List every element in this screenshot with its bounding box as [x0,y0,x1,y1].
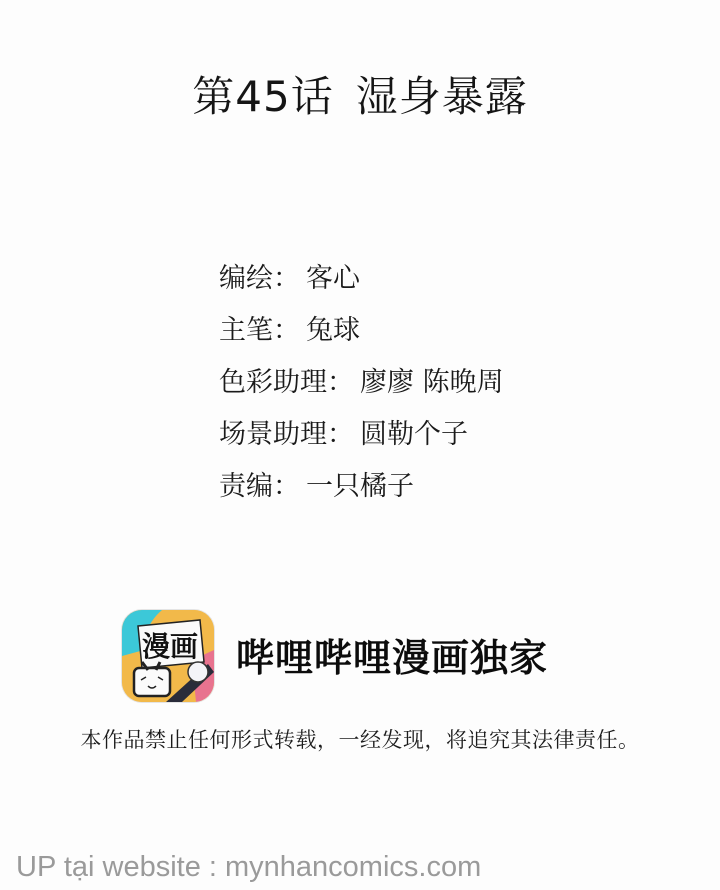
copyright-notice: 本作品禁止任何形式转载，一经发现，将追究其法律责任。 [0,724,720,754]
credit-separator: ： [273,471,300,502]
credit-names: 客心 [306,263,360,294]
credit-separator: ： [273,315,300,346]
credit-separator: ： [327,419,354,450]
chapter-title: 第45话湿身暴露 [0,64,720,124]
credit-row-lead: 主笔：兔球 [219,314,504,366]
credit-names: 廖廖 陈晚周 [360,367,504,398]
chapter-number: 第45话 [192,72,333,121]
brand-name: 哔哩哔哩漫画独家 [236,627,548,682]
credit-separator: ： [273,263,300,294]
chapter-name: 湿身暴露 [356,72,528,121]
brand-block: 漫画 哔哩哔哩漫画独家 [122,610,548,702]
credit-names: 兔球 [306,315,360,346]
credit-row-editor: 责编：一只橘子 [219,470,504,522]
bilibili-manga-logo-icon: 漫画 [122,610,214,702]
credits-list: 编绘：客心 主笔：兔球 色彩助理：廖廖 陈晚周 场景助理：圆勒个子 责编：一只橘… [219,262,504,522]
credit-role: 编绘 [219,263,273,294]
credit-role: 责编 [219,471,273,502]
credit-row-artist: 编绘：客心 [219,262,504,314]
credit-names: 圆勒个子 [360,419,468,450]
credit-names: 一只橘子 [306,471,414,502]
credit-separator: ： [327,367,354,398]
credit-row-scene-assistant: 场景助理：圆勒个子 [219,418,504,470]
credit-row-color-assistant: 色彩助理：廖廖 陈晚周 [219,366,504,418]
credit-role: 场景助理 [219,419,327,450]
svg-text:漫画: 漫画 [142,630,198,663]
credit-role: 主笔 [219,315,273,346]
credit-role: 色彩助理 [219,367,327,398]
watermark-text: UP tại website : mynhancomics.com [16,851,481,884]
